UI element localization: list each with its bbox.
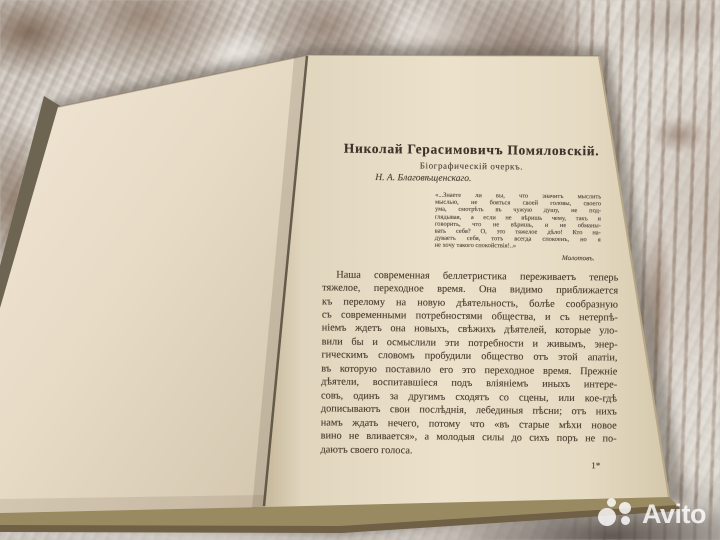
chapter-title: Николай Герасимовичъ Помяловскій. [324, 140, 620, 159]
avito-logo-circle [621, 516, 630, 525]
listing-photo: Николай Герасимовичъ Помяловскій. Біогра… [0, 0, 720, 540]
epigraph: «...Знаете ли вы, что значитъ мыслитьмыс… [435, 192, 602, 251]
book-right-page-text: Николай Герасимовичъ Помяловскій. Біогра… [320, 140, 619, 470]
avito-logo-circle [607, 498, 616, 507]
chapter-subtitle: Біографическій очеркъ. [323, 159, 619, 172]
avito-wordmark: Avito [642, 501, 706, 528]
avito-logo-circle [598, 508, 616, 526]
avito-logo-circle [619, 502, 631, 514]
avito-logo-icon [598, 497, 640, 530]
author-byline: Н. А. Благовѣщенскаго. [323, 172, 619, 185]
avito-watermark: Avito [598, 497, 706, 530]
epigraph-attribution: Молотовъ. [434, 252, 594, 262]
right-page-top-edge [308, 55, 599, 56]
body-text: Наша современная беллетристика переживае… [320, 268, 618, 459]
